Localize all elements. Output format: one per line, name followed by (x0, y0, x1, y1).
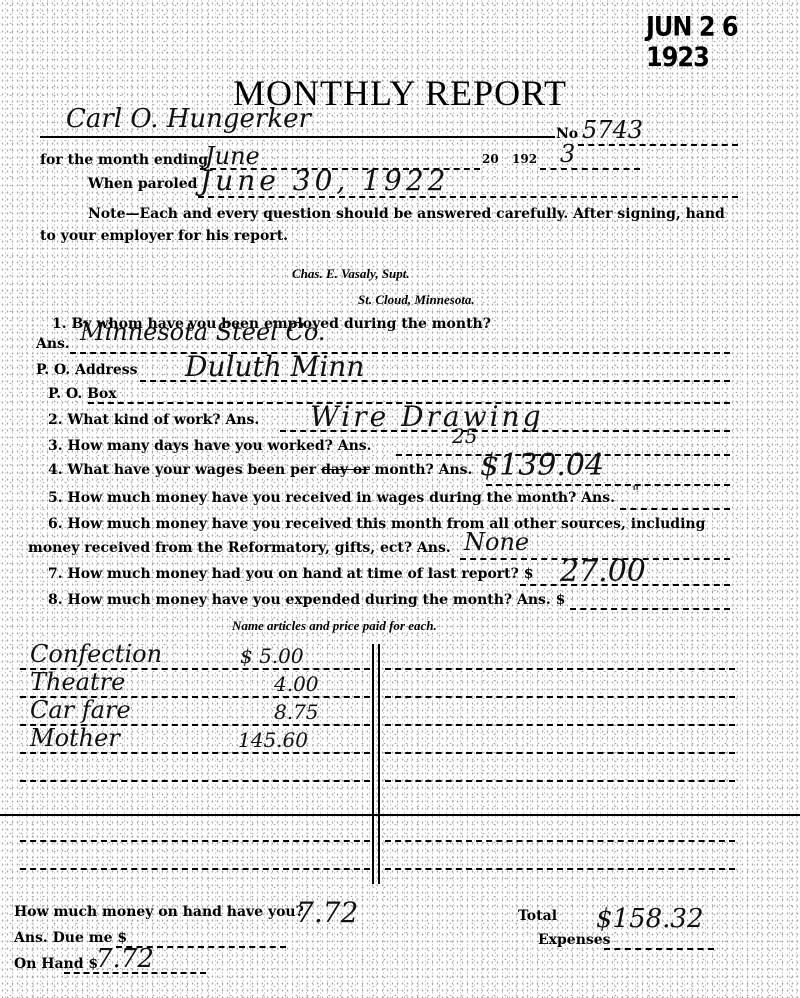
on-hand-value: 7.72 (96, 944, 154, 974)
other-sources-answer: None (464, 528, 529, 556)
expenses-line (604, 948, 714, 950)
question-4: 4. What have your wages been per day or … (48, 462, 472, 478)
expense-article: Theatre (30, 668, 125, 696)
question-7: 7. How much money had you on hand at tim… (48, 566, 533, 582)
question-8: 8. How much money have you expended duri… (48, 592, 565, 608)
column-divider-2 (378, 644, 380, 884)
received-wages-answer: " (632, 482, 639, 501)
employer-line (70, 352, 730, 354)
year-value: 3 (560, 140, 575, 168)
expense-article: Mother (30, 724, 120, 752)
question-2: 2. What kind of work? Ans. (48, 412, 259, 428)
last-report-line (520, 584, 730, 586)
on-hand-label: On Hand $ (14, 956, 98, 972)
parolee-name: Carl O. Hungerker (66, 104, 311, 134)
year-prefix: 192 (512, 152, 537, 166)
paroled-line (198, 196, 738, 198)
wages-line (486, 484, 730, 486)
address-label: P. O. Address (36, 362, 138, 378)
expense-price: 8.75 (274, 700, 319, 724)
address-answer: Duluth Minn (185, 350, 364, 383)
divider-rule (0, 814, 800, 816)
year-line (540, 168, 640, 170)
expense-price: 145.60 (238, 728, 308, 752)
column-divider (372, 644, 374, 884)
work-answer: Wire Drawing (310, 400, 544, 433)
day-label: 20 (482, 152, 499, 166)
expense-price: 4.00 (274, 672, 319, 696)
expended-line (570, 608, 730, 610)
expenses-label: Expenses (538, 932, 611, 948)
on-hand-answer: 7.72 (296, 896, 358, 929)
expense-article: Confection (30, 640, 162, 668)
days-answer: 25 (452, 424, 477, 448)
work-line (280, 430, 730, 432)
expense-price: $ 5.00 (240, 644, 304, 668)
total-label: Total (518, 908, 557, 924)
employer-label: Ans. (36, 336, 70, 352)
po-box-label: P. O. Box (48, 386, 117, 402)
superintendent: Chas. E. Vasaly, Supt. (292, 266, 410, 282)
paroled-value: June 30, 1922 (200, 164, 449, 197)
total-value: $158.32 (596, 904, 704, 934)
note-line-2: to your employer for his report. (40, 228, 288, 244)
address-line (140, 380, 730, 382)
question-3: 3. How many days have you worked? Ans. (48, 438, 372, 454)
received-wages-line (620, 508, 730, 510)
note-line-1: Note—Each and every question should be a… (88, 206, 725, 222)
month-ending-label: for the month ending (40, 152, 208, 168)
parolee-number: 5743 (582, 116, 643, 144)
question-6: 6. How much money have you received this… (48, 516, 705, 532)
on-hand-line (64, 972, 206, 974)
expenses-heading: Name articles and price paid for each. (232, 618, 437, 634)
struck-text: day or (321, 462, 370, 478)
employer-answer: Minnesota Steel Co. (80, 318, 326, 346)
paroled-label: When paroled (88, 176, 197, 192)
question-5: 5. How much money have you received in w… (48, 490, 615, 506)
number-line (578, 144, 738, 146)
received-date-stamp: JUN 2 6 1923 (646, 11, 800, 73)
on-hand-question: How much money on hand have you? (14, 904, 304, 920)
name-line (40, 136, 555, 138)
question-6-cont: money received from the Reformatory, gif… (28, 540, 451, 556)
expense-article: Car fare (30, 696, 131, 724)
wages-answer: $139.04 (480, 448, 604, 483)
location: St. Cloud, Minnesota. (358, 292, 475, 308)
